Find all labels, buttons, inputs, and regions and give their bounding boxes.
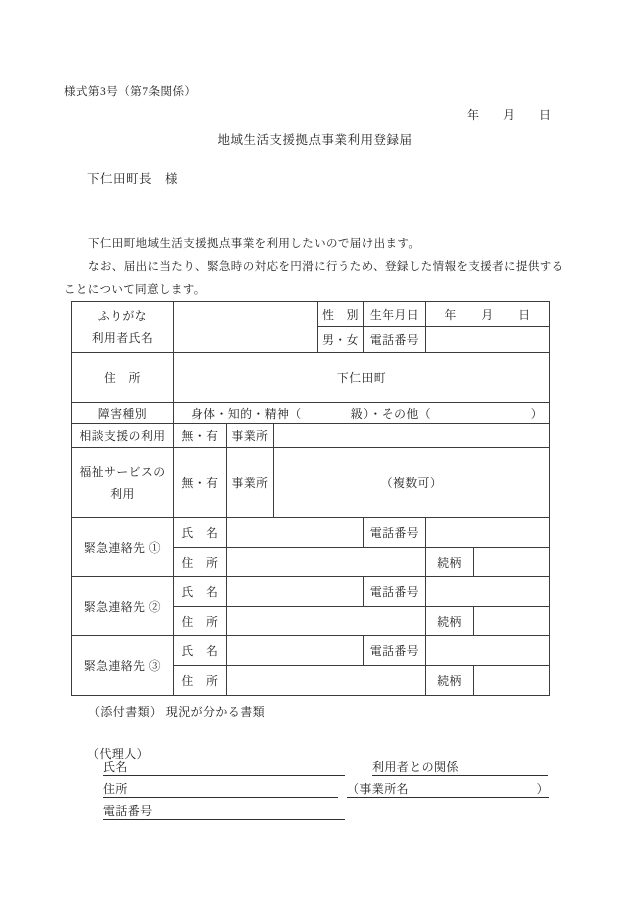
contact-relation-label: 続柄 — [426, 548, 474, 577]
contact-phone-value-cell — [426, 577, 550, 607]
agent-relation-field: 利用者との関係 — [372, 756, 548, 776]
table-row: ふりがな 利用者氏名 性 別 生年月日 年 月 日 — [72, 302, 550, 327]
contact-name-label: 氏 名 — [174, 636, 227, 666]
table-row: 相談支援の利用 無・有 事業所 — [72, 424, 550, 448]
registration-table: ふりがな 利用者氏名 性 別 生年月日 年 月 日 男・女 電話番号 住 所 下… — [71, 301, 550, 696]
agent-office-label: （事業所名 — [347, 780, 409, 797]
contact-name-label: 氏 名 — [174, 577, 227, 607]
agent-office-field: （事業所名 ） — [347, 778, 549, 798]
gender-label-cell: 性 別 — [318, 302, 364, 327]
form-document: 様式第3号（第7条関係） 年 月 日 地域生活支援拠点事業利用登録届 下仁田町長… — [0, 0, 630, 903]
page-title: 地域生活支援拠点事業利用登録届 — [0, 130, 630, 148]
body-paragraph-1: 下仁田町地域生活支援拠点事業を利用したいので届け出ます。 — [64, 233, 566, 256]
contact-phone-label: 電話番号 — [364, 636, 426, 666]
address-value-cell: 下仁田町 — [174, 353, 550, 403]
agent-address-field: 住所 — [103, 778, 338, 798]
emergency-contact-1-label: 緊急連絡先 ① — [72, 518, 174, 577]
contact-relation-value-cell — [474, 607, 550, 636]
welfare-label-cell: 福祉サービスの 利用 — [72, 448, 174, 518]
table-row: 緊急連絡先 ① 氏 名 電話番号 — [72, 518, 550, 548]
contact-address-value-cell — [227, 607, 426, 636]
agent-relation-label: 利用者との関係 — [372, 758, 459, 775]
emergency-contact-3-label: 緊急連絡先 ③ — [72, 636, 174, 696]
contact-relation-label: 続柄 — [426, 607, 474, 636]
table-row: 緊急連絡先 ③ 氏 名 電話番号 — [72, 636, 550, 666]
table-row: 住 所 下仁田町 — [72, 353, 550, 403]
phone-value-cell — [426, 327, 550, 353]
table-row: 緊急連絡先 ② 氏 名 電話番号 — [72, 577, 550, 607]
birthdate-value-cell: 年 月 日 — [426, 302, 550, 327]
contact-address-value-cell — [227, 548, 426, 577]
contact-relation-value-cell — [474, 666, 550, 696]
disability-value-cell: 身体・知的・精神（ 級）・その他（ ） — [174, 403, 550, 424]
agent-name-field: 氏名 — [103, 756, 345, 776]
table-row: 障害種別 身体・知的・精神（ 級）・その他（ ） — [72, 403, 550, 424]
contact-address-label: 住 所 — [174, 607, 227, 636]
agent-address-label: 住所 — [103, 780, 128, 797]
contact-address-label: 住 所 — [174, 548, 227, 577]
contact-phone-label: 電話番号 — [364, 577, 426, 607]
body-paragraphs: 下仁田町地域生活支援拠点事業を利用したいので届け出ます。 なお、届出に当たり、緊… — [64, 233, 566, 302]
contact-name-value-cell — [227, 636, 364, 666]
gender-value-cell: 男・女 — [318, 327, 364, 353]
contact-address-value-cell — [227, 666, 426, 696]
contact-phone-label: 電話番号 — [364, 518, 426, 548]
agent-phone-label: 電話番号 — [103, 802, 153, 819]
consult-option-cell: 無・有 — [174, 424, 227, 448]
contact-name-value-cell — [227, 577, 364, 607]
agent-phone-field: 電話番号 — [103, 800, 345, 820]
name-value-cell — [174, 302, 318, 353]
attachment-note: （添付書類） 現況が分かる書類 — [88, 703, 265, 720]
contact-phone-value-cell — [426, 636, 550, 666]
contact-name-label: 氏 名 — [174, 518, 227, 548]
disability-label-cell: 障害種別 — [72, 403, 174, 424]
consult-office-value-cell — [274, 424, 550, 448]
body-paragraph-2: なお、届出に当たり、緊急時の対応を円滑に行うため、登録した情報を支援者に提供する… — [64, 256, 566, 302]
contact-name-value-cell — [227, 518, 364, 548]
emergency-contact-2-label: 緊急連絡先 ② — [72, 577, 174, 636]
form-number: 様式第3号（第7条関係） — [64, 83, 197, 99]
name-header-cell: ふりがな 利用者氏名 — [72, 302, 174, 353]
agent-name-label: 氏名 — [103, 758, 128, 775]
disability-close-paren: ） — [531, 405, 543, 422]
contact-phone-value-cell — [426, 518, 550, 548]
welfare-option-cell: 無・有 — [174, 448, 227, 518]
addressee: 下仁田町長 様 — [87, 169, 178, 187]
table-row: 福祉サービスの 利用 無・有 事業所 （複数可） — [72, 448, 550, 518]
contact-relation-value-cell — [474, 548, 550, 577]
phone-label-cell: 電話番号 — [364, 327, 426, 353]
address-label-cell: 住 所 — [72, 353, 174, 403]
welfare-office-value-cell: （複数可） — [274, 448, 550, 518]
welfare-office-label-cell: 事業所 — [227, 448, 274, 518]
disability-options: 身体・知的・精神（ 級）・その他（ — [191, 405, 431, 422]
date-line: 年 月 日 — [467, 106, 551, 123]
contact-address-label: 住 所 — [174, 666, 227, 696]
contact-relation-label: 続柄 — [426, 666, 474, 696]
birthdate-label-cell: 生年月日 — [364, 302, 426, 327]
agent-office-close-paren: ） — [537, 780, 549, 797]
consult-label-cell: 相談支援の利用 — [72, 424, 174, 448]
consult-office-label-cell: 事業所 — [227, 424, 274, 448]
